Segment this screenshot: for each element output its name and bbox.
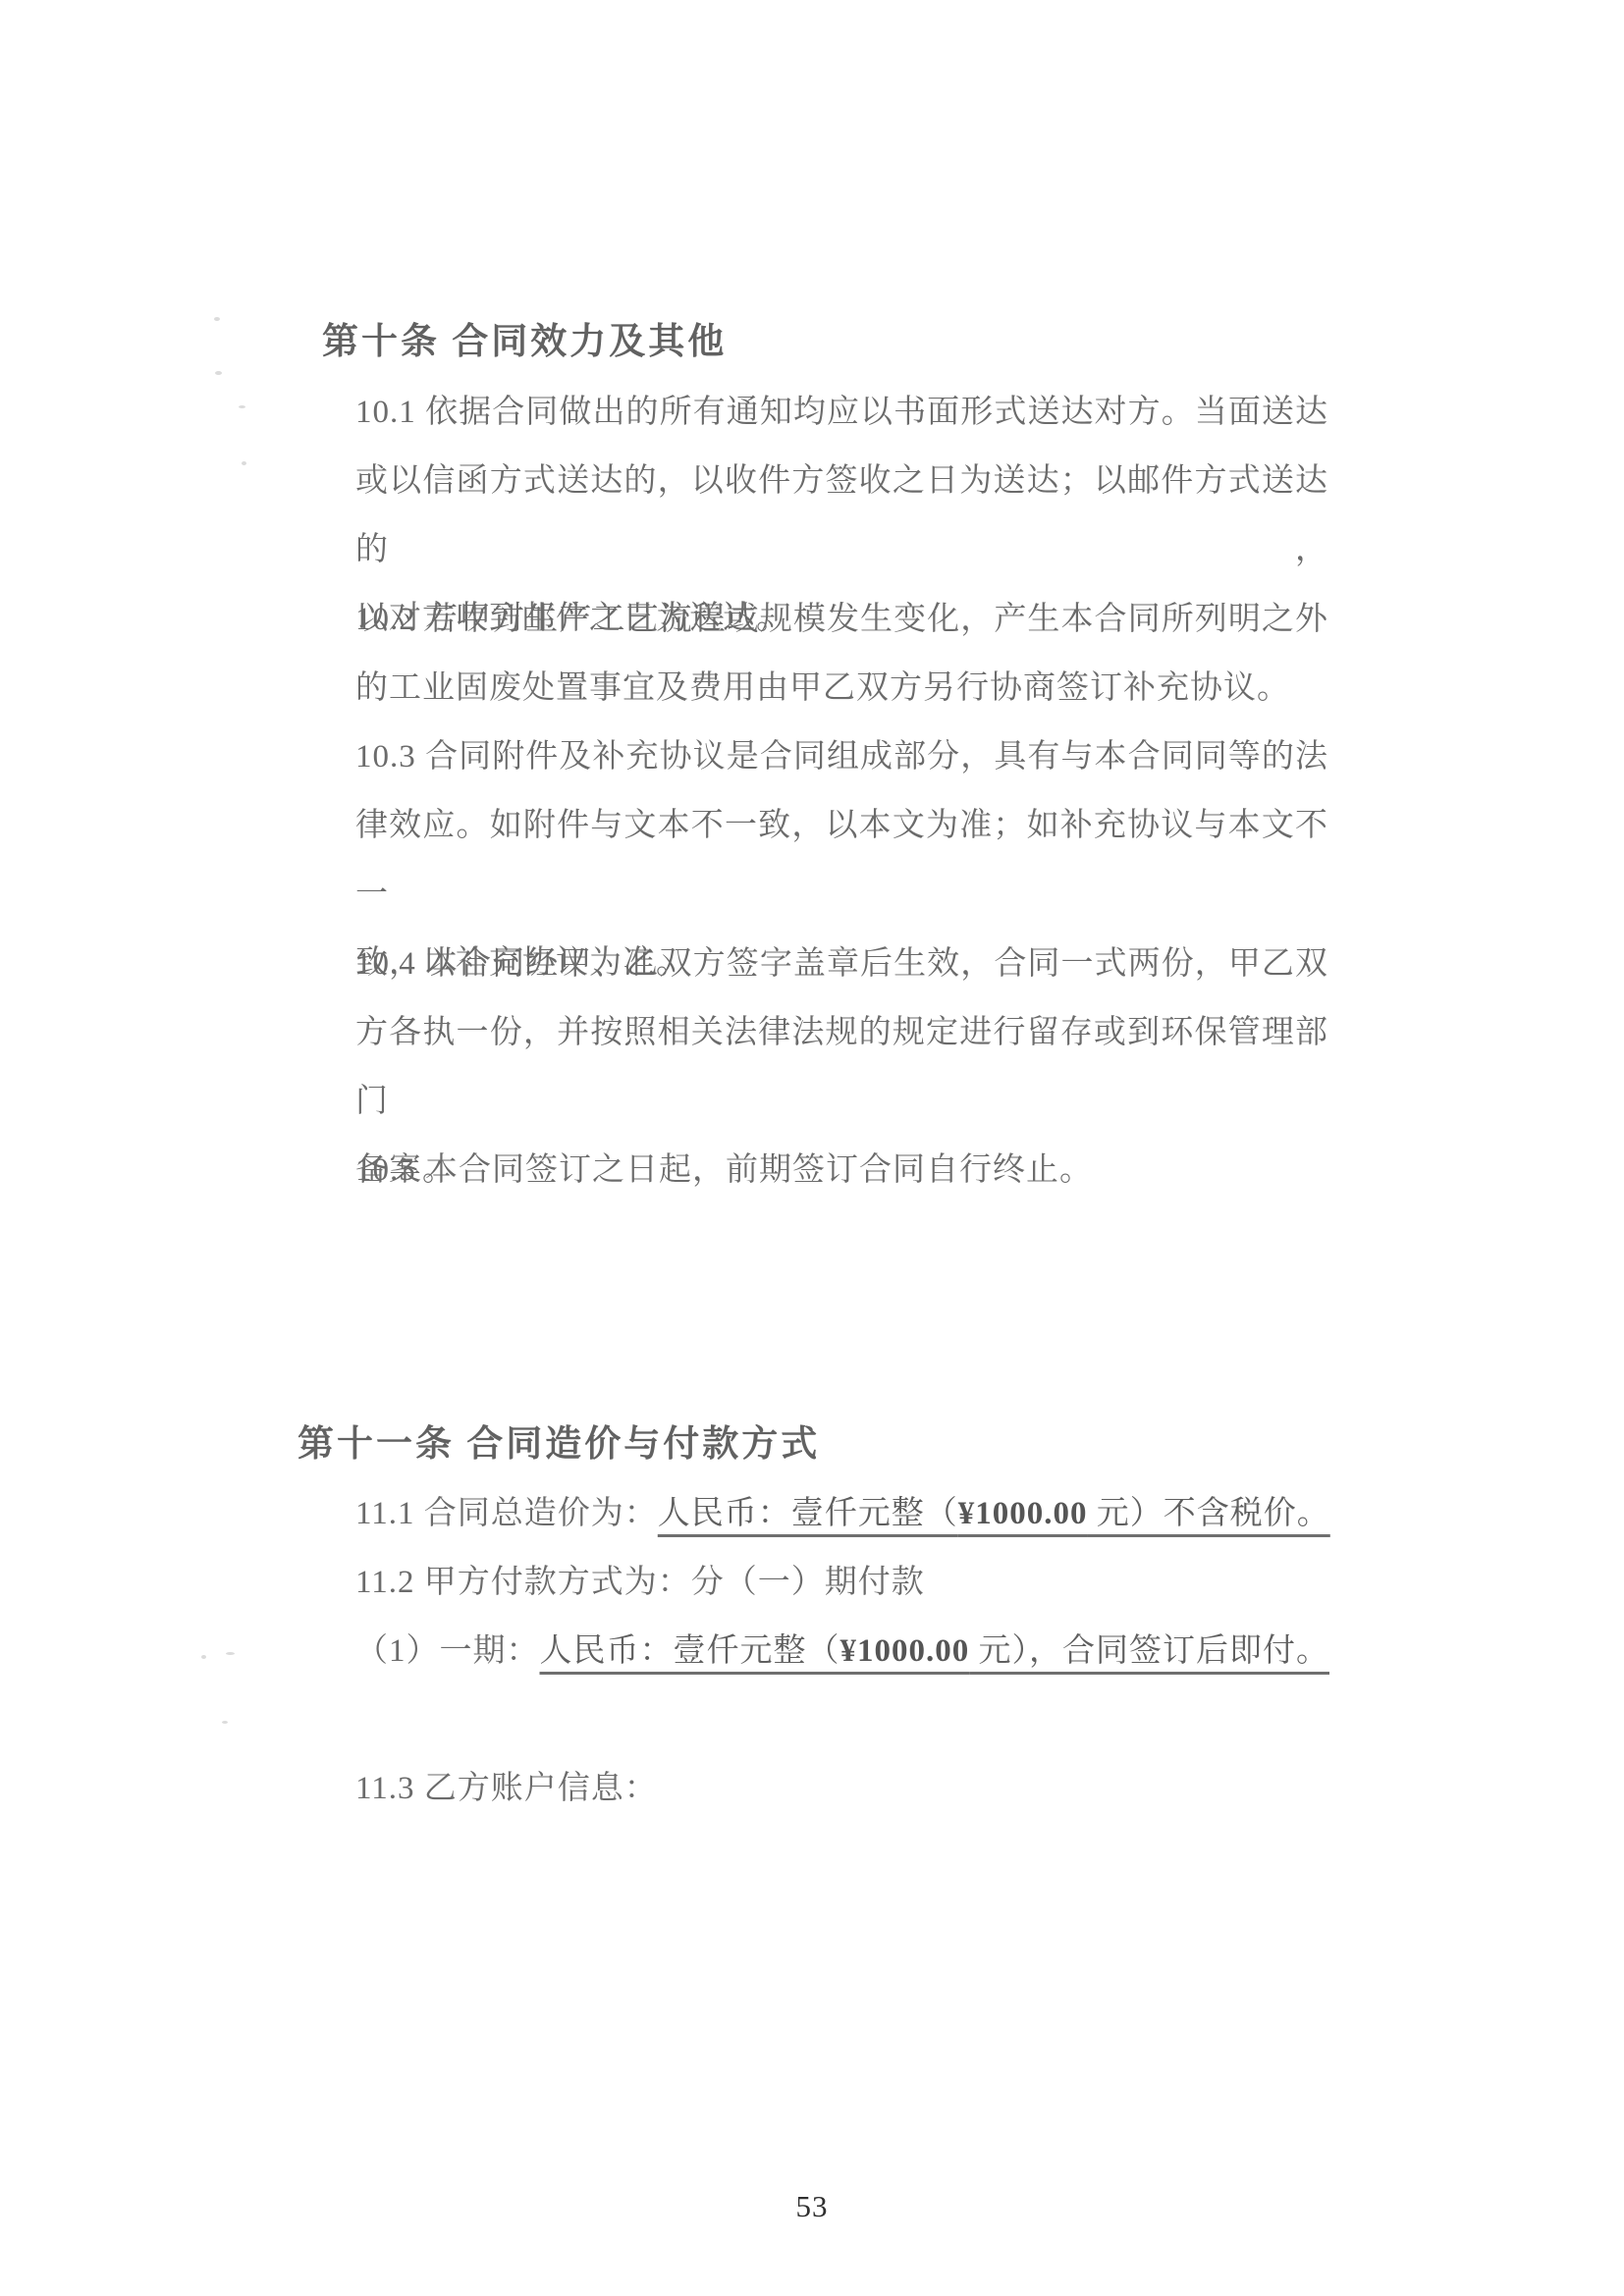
scanned-contract-page: 第十条 合同效力及其他 10.1 依据合同做出的所有通知均应以书面形式送达对方。… bbox=[0, 0, 1624, 2296]
payment-text: 人民币：壹仟元整（ bbox=[540, 1633, 840, 1669]
payment-suffix: 元），合同签订后即付。 bbox=[969, 1633, 1329, 1669]
clause-11-2: 11.2 甲方付款方式为：分（一）期付款 bbox=[355, 1548, 925, 1617]
price-amount: ¥1000.00 bbox=[958, 1496, 1088, 1531]
scan-artifact bbox=[222, 1721, 228, 1724]
clause-line: 10.4 本合同经甲、乙双方签字盖章后生效，合同一式两份，甲乙双 bbox=[355, 930, 1328, 998]
scan-artifact bbox=[242, 461, 246, 465]
scan-artifact bbox=[239, 405, 245, 408]
scan-artifact bbox=[226, 1652, 235, 1655]
clause-line: 或以信函方式送达的，以收件方签收之日为送达；以邮件方式送达的， bbox=[355, 447, 1328, 584]
article-10-heading: 第十条 合同效力及其他 bbox=[322, 321, 727, 364]
clause-installment-1: （1）一期：人民币：壹仟元整（¥1000.00 元），合同签订后即付。 bbox=[355, 1617, 1329, 1685]
scan-artifact bbox=[201, 1655, 206, 1659]
clause-line: 方各执一份，并按照相关法律法规的规定进行留存或到环保管理部门 bbox=[355, 998, 1328, 1136]
clause-11-3: 11.3 乙方账户信息： bbox=[355, 1754, 658, 1823]
scan-artifact bbox=[214, 317, 220, 321]
underlined-price: 人民币：壹仟元整（¥1000.00 元）不含税价。 bbox=[658, 1496, 1330, 1531]
clause-10-5: 10.5 本合同签订之日起，前期签订合同自行终止。 bbox=[355, 1136, 1328, 1204]
clause-line: 10.3 合同附件及补充协议是合同组成部分，具有与本合同同等的法 bbox=[355, 722, 1328, 791]
page-number: 53 bbox=[0, 2187, 1624, 2226]
clause-text: 11.2 甲方付款方式为：分（一）期付款 bbox=[355, 1565, 925, 1600]
clause-line: 10.1 依据合同做出的所有通知均应以书面形式送达对方。当面送达 bbox=[355, 378, 1328, 447]
price-text: 人民币：壹仟元整（ bbox=[658, 1496, 958, 1531]
clause-line: 10.2 若甲方生产工艺流程或规模发生变化，产生本合同所列明之外 bbox=[355, 585, 1328, 654]
payment-amount: ¥1000.00 bbox=[840, 1633, 970, 1669]
clause-10-2: 10.2 若甲方生产工艺流程或规模发生变化，产生本合同所列明之外 的工业固废处置… bbox=[355, 585, 1328, 722]
scan-artifact bbox=[215, 371, 222, 375]
clause-line: 律效应。如附件与文本不一致，以本文为准；如补充协议与本文不一 bbox=[355, 791, 1328, 929]
underlined-payment: 人民币：壹仟元整（¥1000.00 元），合同签订后即付。 bbox=[540, 1633, 1330, 1669]
article-11-heading: 第十一条 合同造价与付款方式 bbox=[298, 1423, 820, 1467]
clause-prefix: 11.1 合同总造价为： bbox=[355, 1496, 658, 1531]
clause-11-1: 11.1 合同总造价为：人民币：壹仟元整（¥1000.00 元）不含税价。 bbox=[355, 1479, 1330, 1548]
price-suffix: 元）不含税价。 bbox=[1088, 1496, 1330, 1531]
clause-line: 10.5 本合同签订之日起，前期签订合同自行终止。 bbox=[355, 1136, 1328, 1204]
clause-text: 11.3 乙方账户信息： bbox=[355, 1771, 658, 1806]
clause-prefix: （1）一期： bbox=[355, 1633, 540, 1669]
clause-line: 的工业固废处置事宜及费用由甲乙双方另行协商签订补充协议。 bbox=[355, 654, 1328, 722]
